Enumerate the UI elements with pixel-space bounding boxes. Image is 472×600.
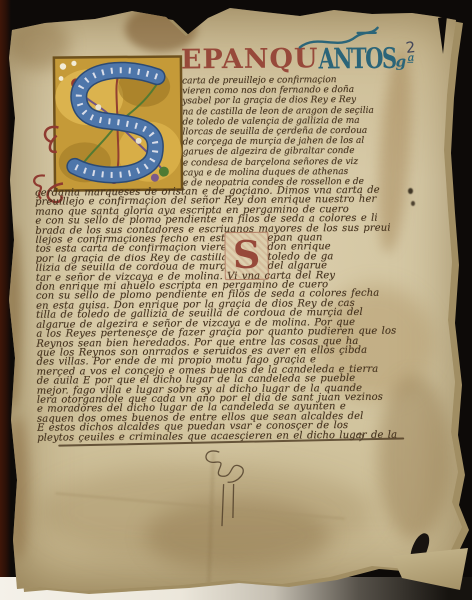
body-text-block: çerdania marqueses de oristan e de goçia… <box>35 186 371 443</box>
secondary-initial-S: S <box>224 232 268 280</box>
illuminated-initial-S <box>54 56 182 190</box>
notarial-flourish-icon <box>197 444 268 533</box>
parchment-page: EPANQUANTOSgª 2 carta de preuillejo e co… <box>0 0 472 600</box>
manuscript-content: EPANQUANTOSgª 2 carta de preuillejo e co… <box>0 0 472 600</box>
heading-flourish-icon <box>298 25 382 52</box>
folio-number: 2 <box>405 38 417 57</box>
secondary-initial-letter: S <box>233 232 261 277</box>
illuminated-initial-art <box>54 56 182 190</box>
intro-text-column: carta de preuillejo e confirmaçionvieren… <box>182 75 359 189</box>
